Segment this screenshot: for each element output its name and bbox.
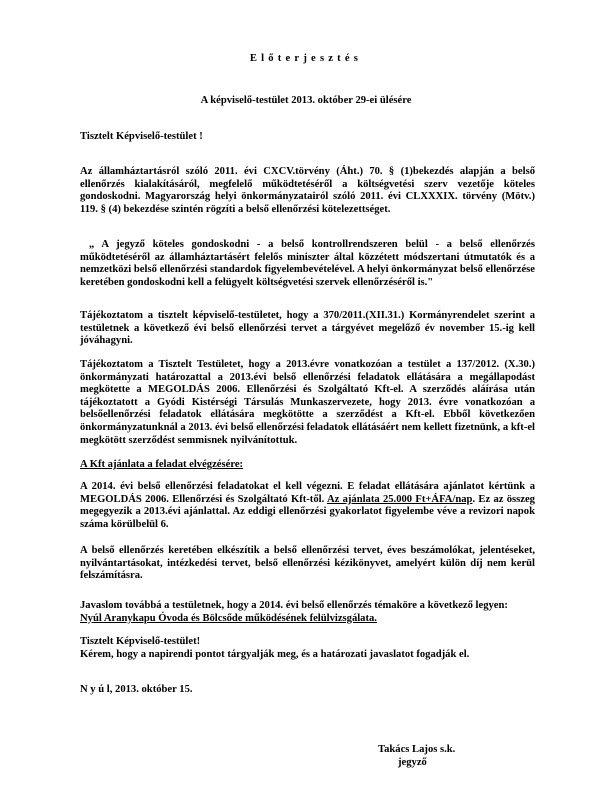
paragraph-legal-basis: Az államháztartásról szóló 2011. évi CXC…	[80, 166, 535, 216]
paragraph-quote: „ A jegyző köteles gondoskodni - a belső…	[80, 239, 535, 289]
offer-heading: A Kft ajánlata a feladat elvégzésére:	[80, 459, 243, 472]
signature-name: Takács Lajos s.k.	[378, 744, 455, 757]
paragraph-services: A belső ellenőrzés keretében elkészítik …	[80, 545, 535, 583]
proposal-text: Javaslom továbbá a testületnek, hogy a 2…	[80, 600, 508, 611]
paragraph-2013-contract: Tájékoztatom a Tisztelt Testületet, hogy…	[80, 359, 535, 447]
salutation: Tisztelt Képviselő-testület !	[80, 131, 203, 144]
closing-salutation: Tisztelt Képviselő-testület!	[80, 636, 200, 649]
offer-price: Az ajánlata 25.000 Ft+ÁFA/nap	[327, 494, 473, 505]
paragraph-offer: A 2014. évi belső ellenőrzési feladatoka…	[80, 481, 535, 531]
place-date: N y ú l, 2013. október 15.	[80, 684, 193, 697]
proposal-topic: Nyúl Aranykapu Óvoda és Bölcsőde működés…	[80, 613, 377, 624]
document-subtitle: A képviselő-testület 2013. október 29-ei…	[0, 95, 612, 108]
paragraph-government-decree: Tájékoztatom a tisztelt képviselő-testül…	[80, 310, 535, 348]
document-page: Előterjesztés A képviselő-testület 2013.…	[0, 0, 612, 792]
paragraph-proposal: Javaslom továbbá a testületnek, hogy a 2…	[80, 600, 535, 625]
document-title: Előterjesztés	[0, 53, 612, 66]
closing-request: Kérem, hogy a napirendi pontot tárgyaljá…	[80, 649, 469, 662]
signature-role: jegyző	[398, 757, 427, 770]
